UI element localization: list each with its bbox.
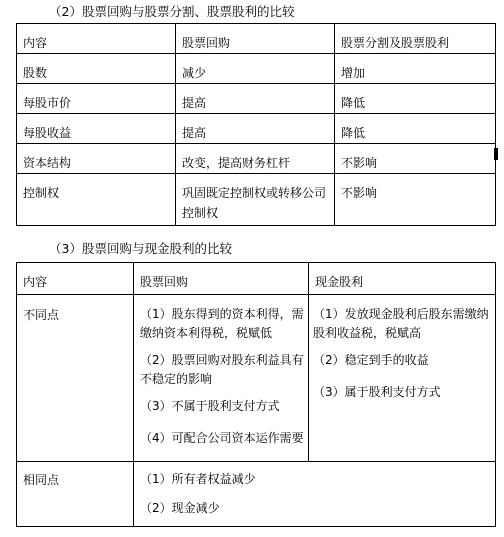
differences-row: 不同点 （1）股东得到的资本利得，需缴纳资本利得税，税赋低 （2）股票回购对股东… [17, 295, 496, 462]
list-item: （2）稳定到手的收益 [313, 351, 491, 370]
cash-dividend-differences-cell: （1）发放现金股利后股东需缴纳股利收益税，税赋高 （2）稳定到手的收益 （3）属… [309, 295, 496, 462]
section-2-heading: （2）股票回购与股票分割、股票股利的比较 [49, 4, 294, 20]
header-cell: 股票回购 [134, 263, 309, 295]
list-item: （3）属于股利支付方式 [313, 383, 491, 402]
buyback-vs-cash-dividend-table: 内容 股票回购 现金股利 不同点 （1）股东得到的资本利得，需缴纳资本利得税，税… [16, 262, 496, 527]
table-cell: 不影响 [335, 144, 496, 174]
table-row: 每股市价 提高 降低 [17, 84, 496, 114]
list-item: （3）不属于股利支付方式 [140, 397, 304, 416]
similarities-cell: （1）所有者权益减少 （2）现金减少 [134, 462, 496, 527]
header-cell: 内容 [17, 24, 176, 54]
table-row: 每股收益 提高 降低 [17, 114, 496, 144]
header-cell: 股票回购 [176, 24, 335, 54]
table-cell: 不影响 [335, 174, 496, 226]
table-row: 股数 减少 增加 [17, 54, 496, 84]
table-row: 控制权 巩固既定控制权或转移公司控制权 不影响 [17, 174, 496, 226]
similarities-row: 相同点 （1）所有者权益减少 （2）现金减少 [17, 462, 496, 527]
table-cell: 降低 [335, 84, 496, 114]
section-3-heading: （3）股票回购与现金股利的比较 [49, 241, 232, 257]
table-cell: 增加 [335, 54, 496, 84]
header-cell: 内容 [17, 263, 134, 295]
row-label: 控制权 [17, 174, 176, 226]
list-item: （1）股东得到的资本利得，需缴纳资本利得税，税赋低 [140, 305, 304, 343]
table-cell: 改变，提高财务杠杆 [176, 144, 335, 174]
list-item: （1）发放现金股利后股东需缴纳股利收益税，税赋高 [313, 305, 491, 343]
table-header-row: 内容 股票回购 现金股利 [17, 263, 496, 295]
table-cell: 提高 [176, 84, 335, 114]
list-item: （1）所有者权益减少 [140, 470, 495, 489]
list-item: （4）可配合公司资本运作需要 [140, 429, 304, 448]
edge-marker [494, 148, 498, 160]
table-cell: 巩固既定控制权或转移公司控制权 [176, 174, 335, 226]
table-header-row: 内容 股票回购 股票分割及股票股利 [17, 24, 496, 54]
row-label: 股数 [17, 54, 176, 84]
table-cell: 提高 [176, 114, 335, 144]
table-row: 资本结构 改变，提高财务杠杆 不影响 [17, 144, 496, 174]
table-cell: 降低 [335, 114, 496, 144]
header-cell: 股票分割及股票股利 [335, 24, 496, 54]
row-label: 每股收益 [17, 114, 176, 144]
row-label: 资本结构 [17, 144, 176, 174]
row-label: 不同点 [17, 295, 134, 462]
buyback-vs-split-table: 内容 股票回购 股票分割及股票股利 股数 减少 增加 每股市价 提高 降低 每股… [16, 23, 496, 226]
header-cell: 现金股利 [309, 263, 496, 295]
table-cell: 减少 [176, 54, 335, 84]
list-item: （2）股票回购对股东利益具有不稳定的影响 [140, 351, 304, 389]
row-label: 每股市价 [17, 84, 176, 114]
buyback-differences-cell: （1）股东得到的资本利得，需缴纳资本利得税，税赋低 （2）股票回购对股东利益具有… [134, 295, 309, 462]
list-item: （2）现金减少 [140, 499, 495, 518]
row-label: 相同点 [17, 462, 134, 527]
